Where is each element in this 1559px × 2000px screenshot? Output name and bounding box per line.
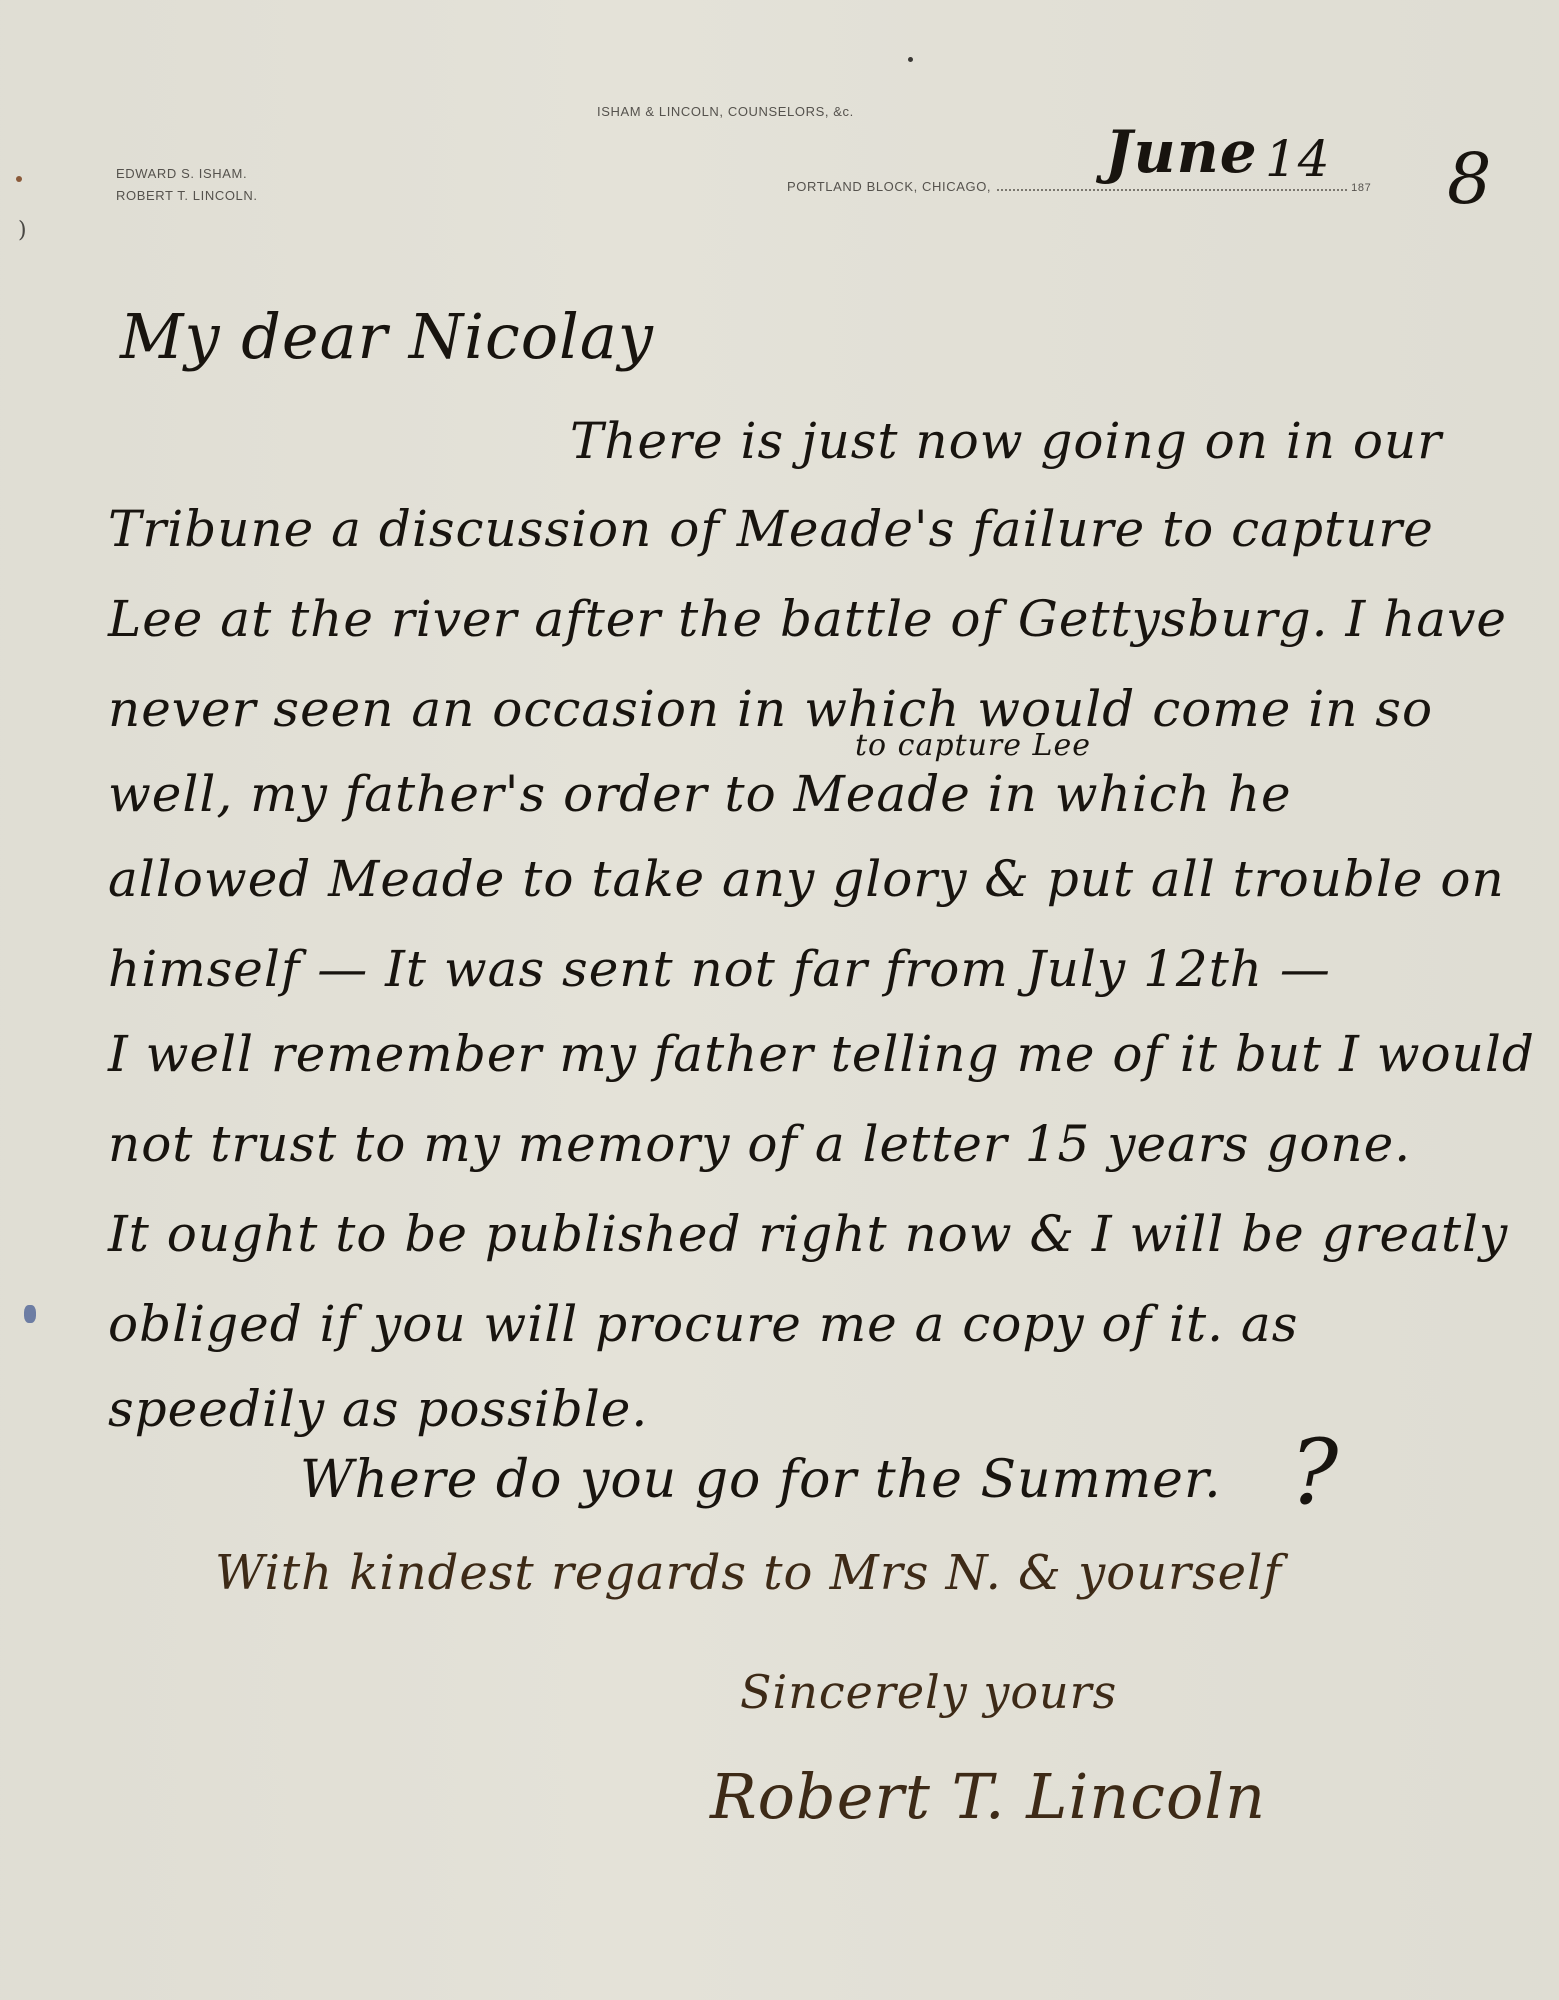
body-line: It ought to be published right now & I w… bbox=[108, 1205, 1508, 1263]
partner-name: ROBERT T. LINCOLN. bbox=[116, 185, 258, 207]
ink-dot bbox=[908, 57, 913, 62]
closing-question: Where do you go for the Summer. bbox=[300, 1450, 1222, 1510]
date-dotted-line bbox=[997, 188, 1347, 191]
stain-mark bbox=[16, 176, 22, 182]
salutation: My dear Nicolay bbox=[120, 300, 654, 373]
question-mark: ? bbox=[1290, 1420, 1339, 1525]
interlinear-insertion: to capture Lee bbox=[855, 728, 1091, 763]
body-line: Lee at the river after the battle of Get… bbox=[108, 590, 1507, 648]
body-line: speedily as possible. bbox=[108, 1380, 648, 1438]
date-month: June bbox=[1105, 118, 1258, 186]
regards-line: With kindest regards to Mrs N. & yoursel… bbox=[215, 1545, 1282, 1601]
body-line: well, my father's order to Meade in whic… bbox=[108, 765, 1292, 823]
partner-name: EDWARD S. ISHAM. bbox=[116, 163, 258, 185]
body-line: not trust to my memory of a letter 15 ye… bbox=[108, 1115, 1411, 1173]
letterhead-address: PORTLAND BLOCK, CHICAGO, bbox=[787, 179, 991, 194]
body-line: Tribune a discussion of Meade's failure … bbox=[108, 500, 1434, 558]
body-line: allowed Meade to take any glory & put al… bbox=[108, 850, 1505, 908]
letterhead-firm: ISHAM & LINCOLN, COUNSELORS, &c. bbox=[597, 104, 854, 119]
valediction: Sincerely yours bbox=[740, 1665, 1117, 1719]
body-line: I well remember my father telling me of … bbox=[108, 1025, 1535, 1083]
date-day: 14 bbox=[1265, 130, 1331, 188]
signature: Robert T. Lincoln bbox=[710, 1760, 1266, 1833]
letterhead-partners: EDWARD S. ISHAM. ROBERT T. LINCOLN. bbox=[116, 163, 258, 207]
year-prefix: 187 bbox=[1351, 182, 1371, 194]
body-line: obliged if you will procure me a copy of… bbox=[108, 1295, 1298, 1353]
date-year-suffix: 8 bbox=[1447, 138, 1493, 220]
letter-page: ) ISHAM & LINCOLN, COUNSELORS, &c. EDWAR… bbox=[0, 0, 1559, 2000]
body-line: never seen an occasion in which would co… bbox=[108, 680, 1433, 738]
body-line: himself — It was sent not far from July … bbox=[108, 940, 1331, 998]
body-line: There is just now going on in our bbox=[570, 412, 1442, 470]
blue-ink-blot bbox=[24, 1305, 36, 1323]
edge-pencil-mark: ) bbox=[18, 218, 27, 243]
